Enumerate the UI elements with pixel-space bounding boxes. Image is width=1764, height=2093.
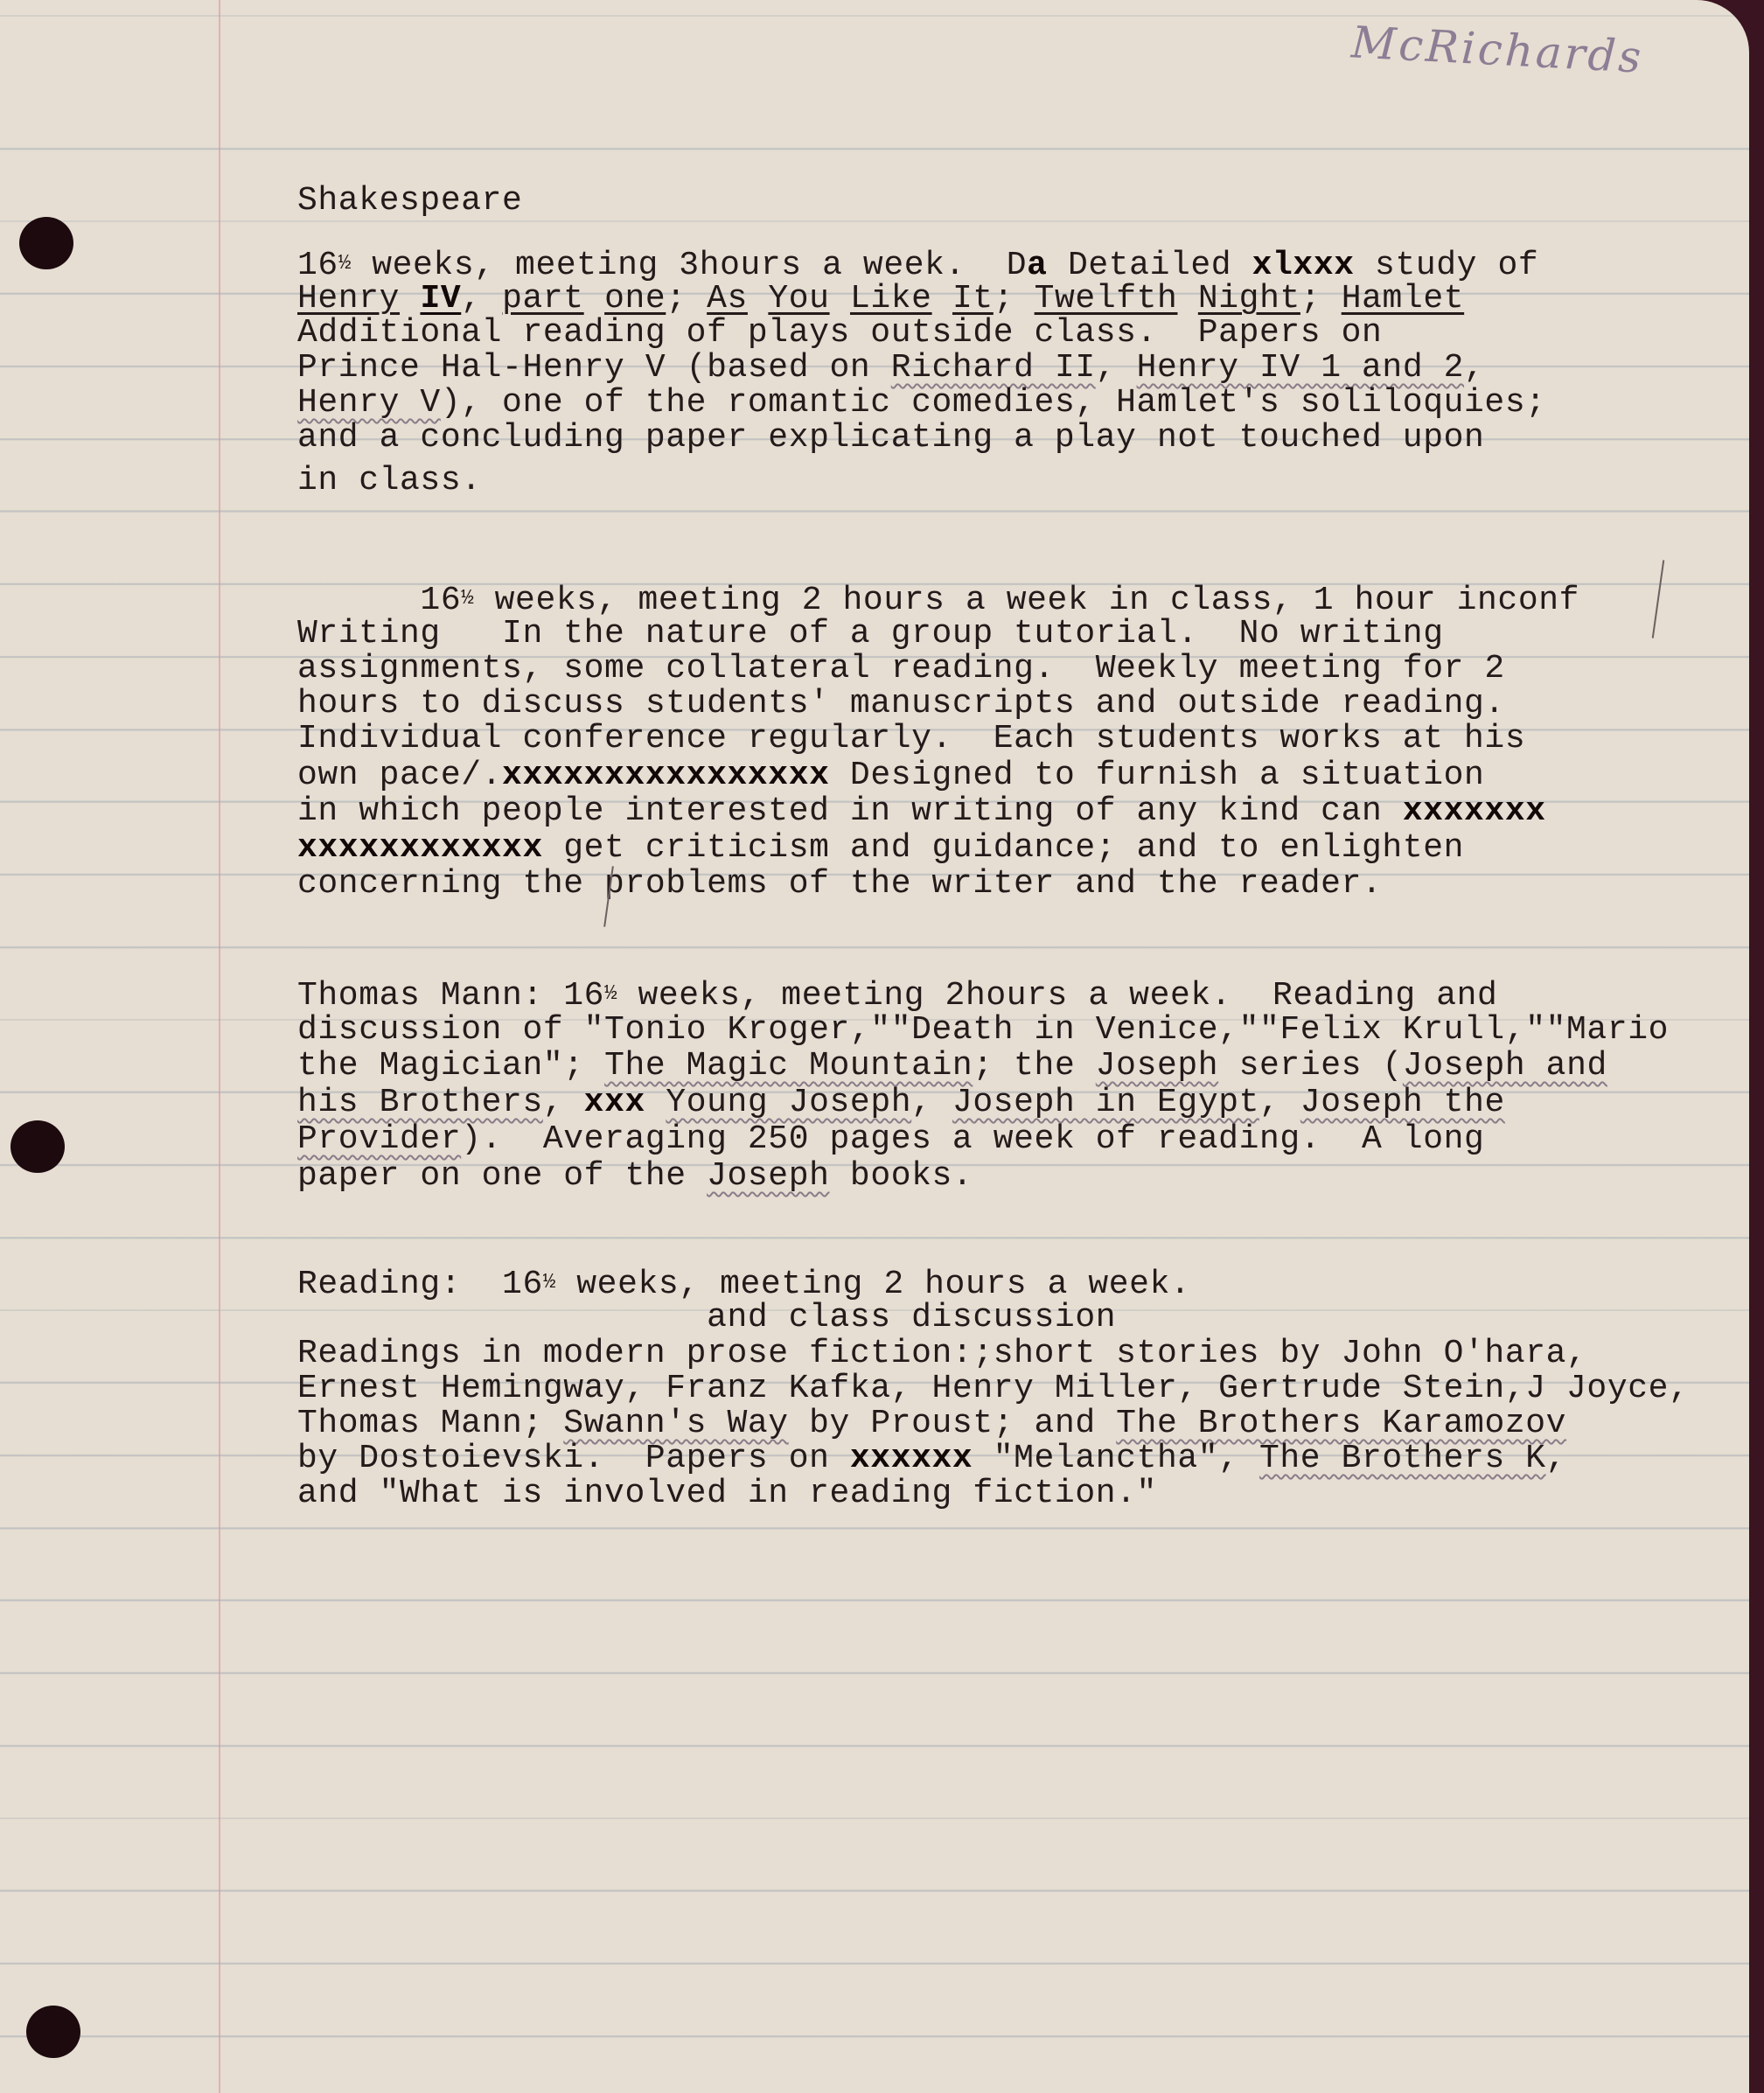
binder-hole-middle bbox=[10, 1120, 65, 1173]
mann-line-4: his Brothers, xxx Young Joseph, Joseph i… bbox=[297, 1084, 1505, 1122]
shakespeare-line-7: in class. bbox=[297, 462, 482, 500]
writing-line-6: own pace/.xxxxxxxxxxxxxxxx Designed to f… bbox=[297, 757, 1484, 795]
margin-line bbox=[219, 0, 220, 2093]
writing-line-2: Writing In the nature of a group tutoria… bbox=[297, 615, 1444, 653]
writing-line-4: hours to discuss students' manuscripts a… bbox=[297, 685, 1505, 723]
reading-line-4: Ernest Hemingway, Franz Kafka, Henry Mil… bbox=[297, 1370, 1689, 1408]
shakespeare-line-2: Henry IV, part one; As You Like It; Twel… bbox=[297, 280, 1464, 318]
section-heading-shakespeare: Shakespeare bbox=[297, 182, 522, 220]
shakespeare-line-4: Prince Hal-Henry V (based on Richard II,… bbox=[297, 349, 1484, 387]
section-heading-writing: Writing bbox=[297, 615, 441, 652]
mann-line-5: Provider). Averaging 250 pages a week of… bbox=[297, 1120, 1484, 1159]
writing-line-5: Individual conference regularly. Each st… bbox=[297, 720, 1525, 758]
writing-line-3: assignments, some collateral reading. We… bbox=[297, 650, 1505, 688]
binder-hole-top bbox=[19, 217, 73, 269]
shakespeare-line-6: and a concluding paper explicating a pla… bbox=[297, 419, 1484, 457]
notebook-page: McRichards Shakespeare 16½ weeks, meetin… bbox=[0, 0, 1749, 2093]
shakespeare-line-5: Henry V), one of the romantic comedies, … bbox=[297, 384, 1546, 422]
writing-line-9: concerning the problems of the writer an… bbox=[297, 865, 1382, 903]
mann-line-6: paper on one of the Joseph books. bbox=[297, 1157, 973, 1196]
reading-line-5: Thomas Mann; Swann's Way by Proust; and … bbox=[297, 1405, 1566, 1443]
writing-line-8: xxxxxxxxxxxx get criticism and guidance;… bbox=[297, 829, 1464, 868]
mann-line-3: the Magician"; The Magic Mountain; the J… bbox=[297, 1047, 1607, 1085]
reading-line-6: by Dostoievski. Papers on xxxxxx "Melanc… bbox=[297, 1440, 1566, 1478]
mann-line-1: Thomas Mann: 16½ weeks, meeting 2hours a… bbox=[297, 975, 1497, 1015]
mann-line-2: discussion of "Tonio Kroger,""Death in V… bbox=[297, 1011, 1669, 1050]
writing-line-7: in which people interested in writing of… bbox=[297, 792, 1546, 831]
reading-line-3: Readings in modern prose fiction:;short … bbox=[297, 1335, 1586, 1373]
reading-line-7: and "What is involved in reading fiction… bbox=[297, 1475, 1157, 1513]
reading-line-2-insertion: and class discussion bbox=[297, 1299, 1116, 1337]
shakespeare-line-3: Additional reading of plays outside clas… bbox=[297, 314, 1382, 352]
binder-hole-bottom bbox=[26, 2006, 80, 2058]
